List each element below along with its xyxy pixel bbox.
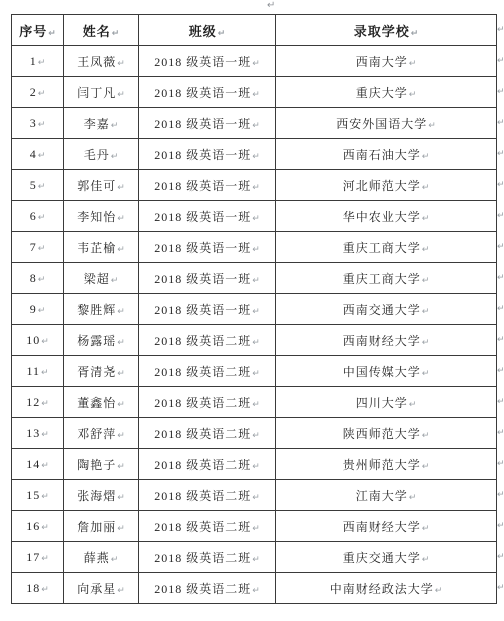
cell-text: 重庆大学 (356, 86, 408, 100)
cell-text: 2018 级英语二班 (154, 520, 251, 534)
cell-class: 2018 级英语一班↵ (139, 108, 276, 139)
cell-end-mark: ↵ (41, 399, 49, 409)
table-row: 8↵梁超↵2018 级英语一班↵重庆工商大学↵ (12, 263, 497, 294)
cell-name: 王凤薇↵ (64, 46, 139, 77)
cell-text: 17 (26, 550, 40, 564)
cell-text: 江南大学 (356, 489, 408, 503)
cell-class: 2018 级英语二班↵ (139, 511, 276, 542)
cell-name: 胥清尧↵ (64, 356, 139, 387)
cell-end-mark: ↵ (41, 523, 49, 533)
cell-end-mark: ↵ (41, 585, 49, 595)
cell-text: 11 (26, 364, 40, 378)
table-body: 1↵王凤薇↵2018 级英语一班↵西南大学↵2↵闫丁凡↵2018 级英语一班↵重… (12, 46, 497, 604)
table-row: 18↵向承星↵2018 级英语二班↵中南财经政法大学↵ (12, 573, 497, 604)
cell-end-mark: ↵ (422, 462, 430, 472)
cell-text: 2018 级英语二班 (154, 427, 251, 441)
cell-text: 2018 级英语一班 (154, 86, 251, 100)
cell-text: 2018 级英语一班 (154, 55, 251, 69)
row-end-mark: ↵ (497, 242, 504, 252)
cell-end-mark: ↵ (117, 245, 125, 255)
cell-text: 4 (30, 147, 37, 161)
cell-text: 王凤薇 (77, 55, 116, 69)
cell-text: 西南财经大学 (343, 334, 421, 348)
cell-end-mark: ↵ (422, 245, 430, 255)
cell-name: 韦芷榆↵ (64, 232, 139, 263)
col-header-no: 序号↵ (12, 15, 64, 46)
cell-no: 5↵ (12, 170, 64, 201)
cell-text: 录取学校 (354, 24, 410, 39)
table-row: 2↵闫丁凡↵2018 级英语一班↵重庆大学↵ (12, 77, 497, 108)
cell-text: 2018 级英语一班 (154, 272, 251, 286)
cell-end-mark: ↵ (38, 151, 46, 161)
table-row: 17↵薛燕↵2018 级英语二班↵重庆交通大学↵ (12, 542, 497, 573)
cell-end-mark: ↵ (252, 555, 260, 565)
cell-name: 薛燕↵ (64, 542, 139, 573)
cell-text: 河北师范大学 (343, 179, 421, 193)
cell-end-mark: ↵ (117, 586, 125, 596)
cell-end-mark: ↵ (252, 524, 260, 534)
cell-end-mark: ↵ (252, 586, 260, 596)
cell-end-mark: ↵ (252, 121, 260, 131)
cell-text: 序号 (19, 24, 47, 39)
cell-class: 2018 级英语二班↵ (139, 573, 276, 604)
cell-text: 班级 (189, 24, 217, 39)
cell-end-mark: ↵ (38, 306, 46, 316)
cell-end-mark: ↵ (422, 555, 430, 565)
cell-text: 2018 级英语一班 (154, 148, 251, 162)
cell-school: 中南财经政法大学↵ (276, 573, 497, 604)
cell-text: 2018 级英语一班 (154, 117, 251, 131)
cell-end-mark: ↵ (409, 493, 417, 503)
cell-text: 西南大学 (356, 55, 408, 69)
cell-text: 2018 级英语二班 (154, 551, 251, 565)
cell-name: 詹加丽↵ (64, 511, 139, 542)
cell-text: 韦芷榆 (77, 241, 116, 255)
cell-no: 15↵ (12, 480, 64, 511)
table-row: 5↵郭佳可↵2018 级英语一班↵河北师范大学↵ (12, 170, 497, 201)
cell-end-mark: ↵ (117, 90, 125, 100)
row-end-mark: ↵ (497, 397, 504, 407)
cell-text: 张海熠 (77, 489, 116, 503)
cell-school: 西南交通大学↵ (276, 294, 497, 325)
table-row: 13↵邓舒萍↵2018 级英语二班↵陕西师范大学↵ (12, 418, 497, 449)
cell-end-mark: ↵ (435, 586, 443, 596)
cell-end-mark: ↵ (409, 90, 417, 100)
cell-end-mark: ↵ (252, 152, 260, 162)
cell-text: 郭佳可 (77, 179, 116, 193)
cell-text: 杨露瑶 (77, 334, 116, 348)
cell-name: 杨露瑶↵ (64, 325, 139, 356)
cell-class: 2018 级英语一班↵ (139, 77, 276, 108)
cell-name: 陶艳子↵ (64, 449, 139, 480)
cell-text: 李知怡 (77, 210, 116, 224)
cell-end-mark: ↵ (252, 90, 260, 100)
cell-class: 2018 级英语二班↵ (139, 325, 276, 356)
row-end-mark: ↵ (497, 366, 504, 376)
row-end-mark: ↵ (497, 149, 504, 159)
cell-text: 华中农业大学 (343, 210, 421, 224)
cell-name: 董鑫怡↵ (64, 387, 139, 418)
cell-text: 6 (30, 209, 37, 223)
cell-end-mark: ↵ (252, 431, 260, 441)
cell-end-mark: ↵ (38, 120, 46, 130)
cell-end-mark: ↵ (38, 275, 46, 285)
cell-text: 董鑫怡 (77, 396, 116, 410)
cell-school: 重庆工商大学↵ (276, 232, 497, 263)
cell-end-mark: ↵ (422, 524, 430, 534)
row-end-mark: ↵ (497, 25, 504, 35)
cell-end-mark: ↵ (111, 555, 119, 565)
cell-text: 重庆交通大学 (343, 551, 421, 565)
cell-text: 2018 级英语二班 (154, 458, 251, 472)
table-row: 7↵韦芷榆↵2018 级英语一班↵重庆工商大学↵ (12, 232, 497, 263)
table-row: 15↵张海熠↵2018 级英语二班↵江南大学↵ (12, 480, 497, 511)
cell-text: 毛丹 (84, 148, 110, 162)
cell-end-mark: ↵ (422, 276, 430, 286)
row-end-mark: ↵ (497, 87, 504, 97)
cell-end-mark: ↵ (252, 183, 260, 193)
cell-text: 8 (30, 271, 37, 285)
cell-end-mark: ↵ (428, 121, 436, 131)
cell-text: 16 (26, 519, 40, 533)
cell-no: 2↵ (12, 77, 64, 108)
cell-no: 6↵ (12, 201, 64, 232)
cell-end-mark: ↵ (252, 369, 260, 379)
cell-end-mark: ↵ (41, 430, 49, 440)
cell-no: 16↵ (12, 511, 64, 542)
cell-text: 西南交通大学 (343, 303, 421, 317)
cell-text: 12 (26, 395, 40, 409)
cell-class: 2018 级英语一班↵ (139, 139, 276, 170)
cell-name: 张海熠↵ (64, 480, 139, 511)
cell-no: 7↵ (12, 232, 64, 263)
cell-school: 江南大学↵ (276, 480, 497, 511)
cell-end-mark: ↵ (422, 338, 430, 348)
cell-end-mark: ↵ (252, 307, 260, 317)
cell-school: 中国传媒大学↵ (276, 356, 497, 387)
cell-text: 西南财经大学 (343, 520, 421, 534)
col-header-class: 班级↵ (139, 15, 276, 46)
cell-end-mark: ↵ (111, 276, 119, 286)
cell-class: 2018 级英语一班↵ (139, 170, 276, 201)
cell-class: 2018 级英语二班↵ (139, 356, 276, 387)
cell-name: 李嘉↵ (64, 108, 139, 139)
cell-school: 陕西师范大学↵ (276, 418, 497, 449)
cell-no: 1↵ (12, 46, 64, 77)
cell-end-mark: ↵ (111, 152, 119, 162)
cell-no: 3↵ (12, 108, 64, 139)
cell-end-mark: ↵ (411, 29, 419, 39)
cell-end-mark: ↵ (117, 462, 125, 472)
cell-no: 11↵ (12, 356, 64, 387)
cell-name: 郭佳可↵ (64, 170, 139, 201)
cell-end-mark: ↵ (117, 338, 125, 348)
cell-end-mark: ↵ (41, 337, 49, 347)
cell-text: 2018 级英语二班 (154, 396, 251, 410)
cell-no: 13↵ (12, 418, 64, 449)
cell-end-mark: ↵ (112, 29, 120, 39)
cell-school: 四川大学↵ (276, 387, 497, 418)
row-end-mark: ↵ (497, 304, 504, 314)
cell-class: 2018 级英语二班↵ (139, 480, 276, 511)
cell-end-mark: ↵ (41, 368, 49, 378)
cell-text: 中国传媒大学 (343, 365, 421, 379)
row-end-mark: ↵ (497, 335, 504, 345)
cell-text: 2018 级英语一班 (154, 210, 251, 224)
header-row: 序号↵姓名↵班级↵录取学校↵ (12, 15, 497, 46)
cell-school: 西南石油大学↵ (276, 139, 497, 170)
cell-end-mark: ↵ (48, 29, 56, 39)
table-row: 16↵詹加丽↵2018 级英语二班↵西南财经大学↵ (12, 511, 497, 542)
cell-end-mark: ↵ (252, 400, 260, 410)
cell-school: 西南财经大学↵ (276, 325, 497, 356)
cell-text: 重庆工商大学 (343, 272, 421, 286)
cell-text: 2018 级英语二班 (154, 365, 251, 379)
cell-text: 贵州师范大学 (343, 458, 421, 472)
cell-text: 2018 级英语一班 (154, 303, 251, 317)
cell-no: 10↵ (12, 325, 64, 356)
cell-text: 2018 级英语二班 (154, 489, 251, 503)
cell-no: 12↵ (12, 387, 64, 418)
cell-end-mark: ↵ (252, 338, 260, 348)
cell-text: 中南财经政法大学 (330, 582, 434, 596)
cell-class: 2018 级英语二班↵ (139, 449, 276, 480)
table-row: 3↵李嘉↵2018 级英语一班↵西安外国语大学↵ (12, 108, 497, 139)
cell-text: 2018 级英语二班 (154, 334, 251, 348)
cell-text: 1 (30, 54, 37, 68)
cell-class: 2018 级英语二班↵ (139, 542, 276, 573)
cell-class: 2018 级英语一班↵ (139, 201, 276, 232)
cell-no: 9↵ (12, 294, 64, 325)
cell-school: 重庆工商大学↵ (276, 263, 497, 294)
cell-text: 陕西师范大学 (343, 427, 421, 441)
cell-end-mark: ↵ (117, 307, 125, 317)
cell-school: 西南大学↵ (276, 46, 497, 77)
cell-end-mark: ↵ (41, 461, 49, 471)
cell-name: 黎胜辉↵ (64, 294, 139, 325)
cell-end-mark: ↵ (422, 431, 430, 441)
table-row: 9↵黎胜辉↵2018 级英语一班↵西南交通大学↵ (12, 294, 497, 325)
cell-text: 9 (30, 302, 37, 316)
table-row: 6↵李知怡↵2018 级英语一班↵华中农业大学↵ (12, 201, 497, 232)
cell-end-mark: ↵ (252, 245, 260, 255)
cell-text: 姓名 (83, 24, 111, 39)
table-row: 11↵胥清尧↵2018 级英语二班↵中国传媒大学↵ (12, 356, 497, 387)
cell-name: 毛丹↵ (64, 139, 139, 170)
col-header-name: 姓名↵ (64, 15, 139, 46)
cell-school: 西安外国语大学↵ (276, 108, 497, 139)
row-end-mark: ↵ (497, 118, 504, 128)
cell-text: 邓舒萍 (77, 427, 116, 441)
row-end-mark: ↵ (497, 56, 504, 66)
cell-end-mark: ↵ (422, 307, 430, 317)
row-end-mark: ↵ (497, 211, 504, 221)
table-row: 1↵王凤薇↵2018 级英语一班↵西南大学↵ (12, 46, 497, 77)
cell-text: 陶艳子 (77, 458, 116, 472)
cell-class: 2018 级英语一班↵ (139, 294, 276, 325)
cell-end-mark: ↵ (38, 89, 46, 99)
cell-school: 重庆大学↵ (276, 77, 497, 108)
cell-no: 18↵ (12, 573, 64, 604)
cell-text: 14 (26, 457, 40, 471)
cell-no: 8↵ (12, 263, 64, 294)
row-end-mark: ↵ (497, 459, 504, 469)
paragraph-mark: ↵ (267, 0, 275, 12)
col-header-school: 录取学校↵ (276, 15, 497, 46)
cell-text: 西南石油大学 (343, 148, 421, 162)
cell-end-mark: ↵ (117, 431, 125, 441)
cell-text: 向承星 (77, 582, 116, 596)
cell-no: 17↵ (12, 542, 64, 573)
cell-class: 2018 级英语二班↵ (139, 387, 276, 418)
cell-end-mark: ↵ (218, 29, 226, 39)
table-row: 10↵杨露瑶↵2018 级英语二班↵西南财经大学↵ (12, 325, 497, 356)
cell-end-mark: ↵ (111, 121, 119, 131)
cell-end-mark: ↵ (409, 59, 417, 69)
cell-school: 西南财经大学↵ (276, 511, 497, 542)
cell-text: 四川大学 (356, 396, 408, 410)
row-end-mark: ↵ (497, 583, 504, 593)
cell-text: 15 (26, 488, 40, 502)
row-end-mark: ↵ (497, 273, 504, 283)
cell-class: 2018 级英语一班↵ (139, 263, 276, 294)
cell-end-mark: ↵ (252, 59, 260, 69)
cell-text: 重庆工商大学 (343, 241, 421, 255)
cell-name: 向承星↵ (64, 573, 139, 604)
cell-end-mark: ↵ (41, 554, 49, 564)
cell-class: 2018 级英语一班↵ (139, 46, 276, 77)
row-end-mark: ↵ (497, 180, 504, 190)
row-end-mark: ↵ (497, 428, 504, 438)
cell-end-mark: ↵ (117, 493, 125, 503)
cell-end-mark: ↵ (38, 244, 46, 254)
cell-end-mark: ↵ (117, 59, 125, 69)
cell-text: 西安外国语大学 (336, 117, 427, 131)
cell-text: 薛燕 (84, 551, 110, 565)
cell-no: 14↵ (12, 449, 64, 480)
cell-end-mark: ↵ (409, 400, 417, 410)
cell-end-mark: ↵ (252, 493, 260, 503)
cell-text: 2018 级英语二班 (154, 582, 251, 596)
cell-end-mark: ↵ (117, 183, 125, 193)
cell-end-mark: ↵ (38, 213, 46, 223)
cell-end-mark: ↵ (117, 400, 125, 410)
cell-text: 3 (30, 116, 37, 130)
cell-text: 闫丁凡 (77, 86, 116, 100)
cell-end-mark: ↵ (38, 58, 46, 68)
cell-end-mark: ↵ (252, 276, 260, 286)
cell-name: 李知怡↵ (64, 201, 139, 232)
cell-school: 华中农业大学↵ (276, 201, 497, 232)
cell-name: 邓舒萍↵ (64, 418, 139, 449)
cell-text: 13 (26, 426, 40, 440)
cell-text: 7 (30, 240, 37, 254)
cell-text: 黎胜辉 (77, 303, 116, 317)
cell-text: 李嘉 (84, 117, 110, 131)
table-head: 序号↵姓名↵班级↵录取学校↵ (12, 15, 497, 46)
cell-end-mark: ↵ (38, 182, 46, 192)
cell-text: 詹加丽 (77, 520, 116, 534)
row-end-mark: ↵ (497, 521, 504, 531)
cell-text: 2 (30, 85, 37, 99)
table-row: 12↵董鑫怡↵2018 级英语二班↵四川大学↵ (12, 387, 497, 418)
cell-text: 2018 级英语一班 (154, 241, 251, 255)
cell-text: 10 (26, 333, 40, 347)
cell-class: 2018 级英语二班↵ (139, 418, 276, 449)
cell-class: 2018 级英语一班↵ (139, 232, 276, 263)
cell-end-mark: ↵ (422, 152, 430, 162)
cell-text: 胥清尧 (77, 365, 116, 379)
cell-end-mark: ↵ (422, 214, 430, 224)
cell-end-mark: ↵ (117, 214, 125, 224)
cell-name: 梁超↵ (64, 263, 139, 294)
cell-no: 4↵ (12, 139, 64, 170)
cell-end-mark: ↵ (252, 462, 260, 472)
cell-school: 河北师范大学↵ (276, 170, 497, 201)
cell-text: 5 (30, 178, 37, 192)
cell-school: 重庆交通大学↵ (276, 542, 497, 573)
cell-end-mark: ↵ (117, 524, 125, 534)
cell-name: 闫丁凡↵ (64, 77, 139, 108)
admission-table: 序号↵姓名↵班级↵录取学校↵ 1↵王凤薇↵2018 级英语一班↵西南大学↵2↵闫… (11, 14, 497, 604)
cell-text: 梁超 (84, 272, 110, 286)
row-end-mark: ↵ (497, 490, 504, 500)
table-row: 4↵毛丹↵2018 级英语一班↵西南石油大学↵ (12, 139, 497, 170)
cell-end-mark: ↵ (252, 214, 260, 224)
cell-text: 2018 级英语一班 (154, 179, 251, 193)
document-page: { "page": { "paragraph_mark": "↵", "back… (0, 0, 504, 621)
cell-text: 18 (26, 581, 40, 595)
cell-end-mark: ↵ (422, 183, 430, 193)
cell-end-mark: ↵ (117, 369, 125, 379)
cell-end-mark: ↵ (41, 492, 49, 502)
row-end-mark: ↵ (497, 552, 504, 562)
cell-school: 贵州师范大学↵ (276, 449, 497, 480)
table-row: 14↵陶艳子↵2018 级英语二班↵贵州师范大学↵ (12, 449, 497, 480)
cell-end-mark: ↵ (422, 369, 430, 379)
